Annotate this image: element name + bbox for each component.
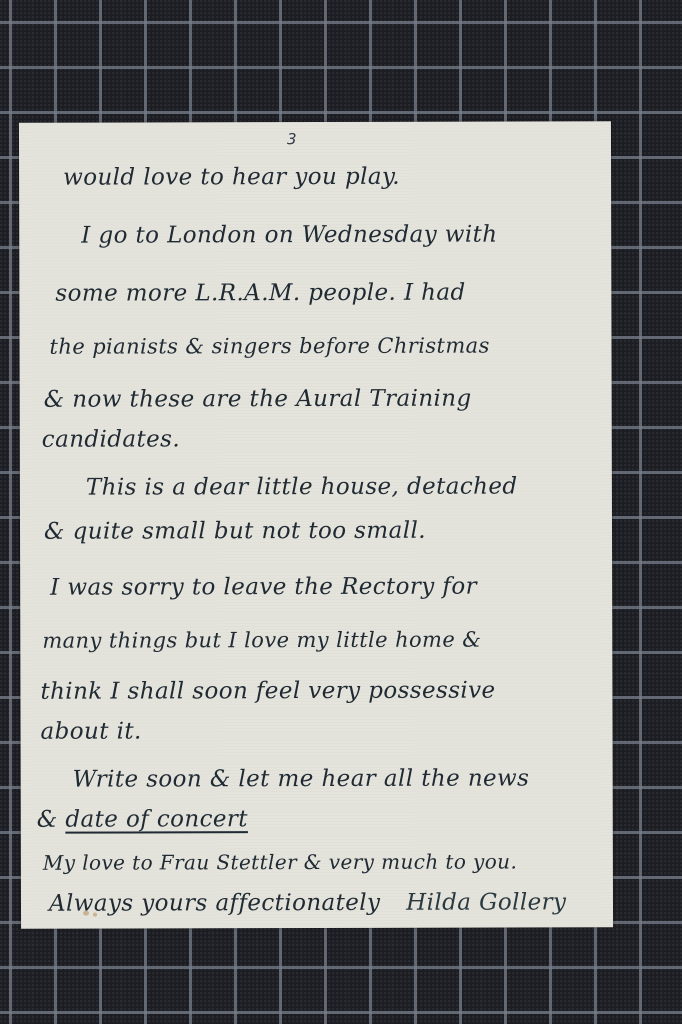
letter-line: & date of concert xyxy=(37,806,248,833)
letter-line: candidates. xyxy=(42,426,180,452)
closing-line: Always yours affectionately Hilda Goller… xyxy=(49,889,566,916)
letter-page: 3 would love to hear you play. I go to L… xyxy=(19,121,613,929)
letter-line: & now these are the Aural Training xyxy=(44,386,472,413)
letter-line: Write soon & let me hear all the news xyxy=(73,765,530,792)
letter-line: would love to hear you play. xyxy=(63,164,400,191)
ampersand: & xyxy=(37,807,66,833)
page-number: 3 xyxy=(287,130,297,148)
signature: Hilda Gollery xyxy=(406,889,566,915)
underlined-phrase: date of concert xyxy=(65,806,248,832)
stain-spot xyxy=(93,913,97,917)
letter-line: I was sorry to leave the Rectory for xyxy=(50,574,477,601)
letter-line: This is a dear little house, detached xyxy=(86,473,518,500)
letter-line: many things but I love my little home & xyxy=(42,628,481,653)
letter-line: My love to Frau Stettler & very much to … xyxy=(43,849,517,874)
letter-line: some more L.R.A.M. people. I had xyxy=(55,280,465,307)
letter-line: about it. xyxy=(41,718,142,744)
letter-line: & quite small but not too small. xyxy=(44,518,426,545)
letter-line: the pianists & singers before Christmas xyxy=(50,334,490,359)
letter-line: think I shall soon feel very possessive xyxy=(40,678,495,705)
letter-line: I go to London on Wednesday with xyxy=(81,222,497,249)
valediction: Always yours affectionately xyxy=(49,890,381,917)
stain-spot xyxy=(83,911,89,916)
